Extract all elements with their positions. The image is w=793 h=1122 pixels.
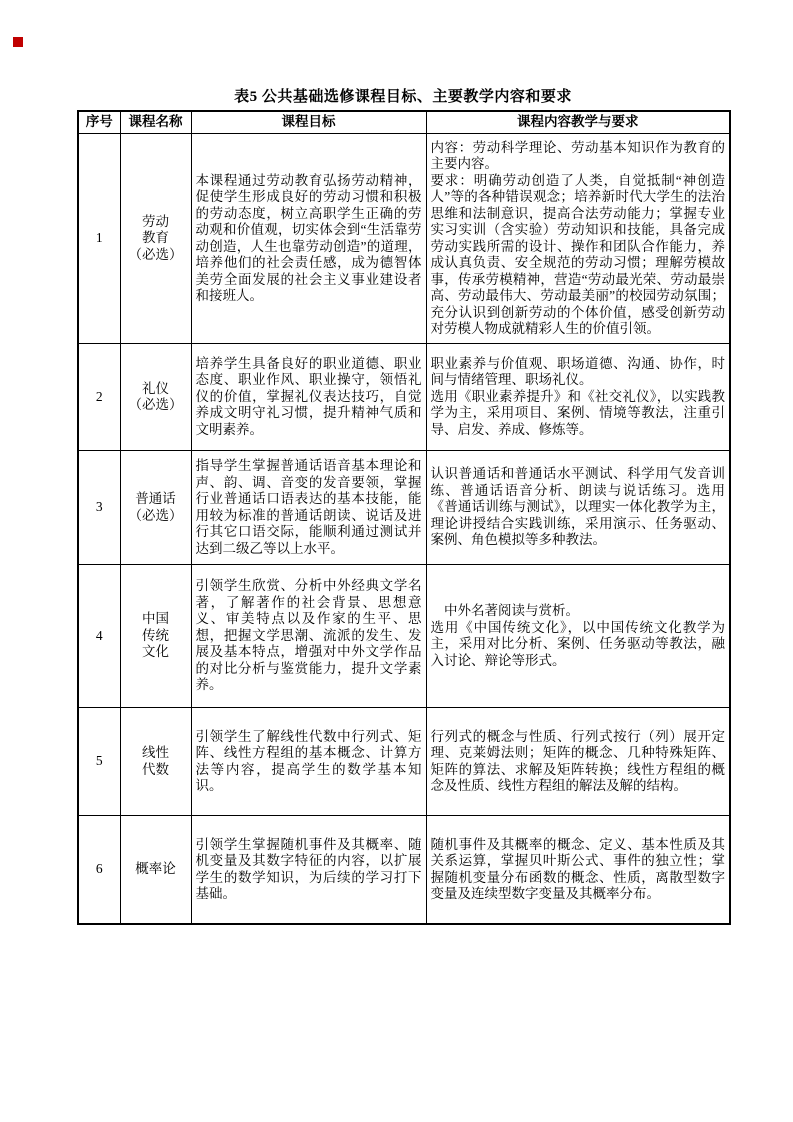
course-name-cell: 劳动 教育 （必选）: [120, 134, 191, 344]
row-number-cell: 5: [78, 708, 120, 816]
course-objective-cell: 本课程通过劳动教育弘扬劳动精神，促使学生形成良好的劳动习惯和积极的劳动态度，树立…: [191, 134, 426, 344]
document-page: 表5 公共基础选修课程目标、主要教学内容和要求 序号 课程名称 课程目标 课程内…: [0, 0, 793, 1122]
table-row: 2 礼仪 （必选） 培养学生具备良好的职业道德、职业态度、职业作风、职业操守，领…: [78, 344, 730, 451]
table-title: 表5 公共基础选修课程目标、主要教学内容和要求: [77, 85, 729, 106]
course-content-cell: 中外名著阅读与赏析。 选用《中国传统文化》，以中国传统文化教学为主，采用对比分析…: [426, 565, 730, 708]
course-content-cell: 内容：劳动科学理论、劳动基本知识作为教育的主要内容。 要求：明确劳动创造了人类，…: [426, 134, 730, 344]
header-no: 序号: [78, 111, 120, 134]
table-header-row: 序号 课程名称 课程目标 课程内容教学与要求: [78, 111, 730, 134]
table-row: 5 线性 代数 引领学生了解线性代数中行列式、矩阵、线性方程组的基本概念、计算方…: [78, 708, 730, 816]
course-content-cell: 行列式的概念与性质、行列式按行（列）展开定理、克莱姆法则；矩阵的概念、几种特殊矩…: [426, 708, 730, 816]
row-number-cell: 1: [78, 134, 120, 344]
course-content-cell: 职业素养与价值观、职场道德、沟通、协作，时间与情绪管理、职场礼仪。 选用《职业素…: [426, 344, 730, 451]
row-number-cell: 6: [78, 816, 120, 925]
header-course-content: 课程内容教学与要求: [426, 111, 730, 134]
row-number-cell: 4: [78, 565, 120, 708]
row-number-cell: 2: [78, 344, 120, 451]
course-objective-cell: 引领学生掌握随机事件及其概率、随机变量及其数字特征的内容，以扩展学生的数学知识，…: [191, 816, 426, 925]
course-objective-cell: 引领学生欣赏、分析中外经典文学名著，了解著作的社会背景、思想意义、审美特点以及作…: [191, 565, 426, 708]
table-row: 3 普通话 （必选） 指导学生掌握普通话语音基本理论和声、韵、调、音变的发音要领…: [78, 451, 730, 565]
table-row: 4 中国 传统 文化 引领学生欣赏、分析中外经典文学名著，了解著作的社会背景、思…: [78, 565, 730, 708]
header-course-name: 课程名称: [120, 111, 191, 134]
course-table: 序号 课程名称 课程目标 课程内容教学与要求 1 劳动 教育 （必选） 本课程通…: [77, 110, 731, 925]
course-name-cell: 中国 传统 文化: [120, 565, 191, 708]
red-annotation-marker: [13, 37, 23, 47]
course-objective-cell: 指导学生掌握普通话语音基本理论和声、韵、调、音变的发音要领，掌握行业普通话口语表…: [191, 451, 426, 565]
course-table-section: 表5 公共基础选修课程目标、主要教学内容和要求 序号 课程名称 课程目标 课程内…: [77, 85, 729, 925]
header-course-objective: 课程目标: [191, 111, 426, 134]
table-row: 1 劳动 教育 （必选） 本课程通过劳动教育弘扬劳动精神，促使学生形成良好的劳动…: [78, 134, 730, 344]
course-objective-cell: 引领学生了解线性代数中行列式、矩阵、线性方程组的基本概念、计算方法等内容，提高学…: [191, 708, 426, 816]
course-name-cell: 普通话 （必选）: [120, 451, 191, 565]
course-name-cell: 概率论: [120, 816, 191, 925]
course-objective-cell: 培养学生具备良好的职业道德、职业态度、职业作风、职业操守，领悟礼仪的价值，掌握礼…: [191, 344, 426, 451]
course-content-cell: 认识普通话和普通话水平测试、科学用气发音训练、普通话语音分析、朗读与说话练习。选…: [426, 451, 730, 565]
course-content-cell: 随机事件及其概率的概念、定义、基本性质及其关系运算，掌握贝叶斯公式、事件的独立性…: [426, 816, 730, 925]
course-name-cell: 礼仪 （必选）: [120, 344, 191, 451]
table-row: 6 概率论 引领学生掌握随机事件及其概率、随机变量及其数字特征的内容，以扩展学生…: [78, 816, 730, 925]
row-number-cell: 3: [78, 451, 120, 565]
course-name-cell: 线性 代数: [120, 708, 191, 816]
